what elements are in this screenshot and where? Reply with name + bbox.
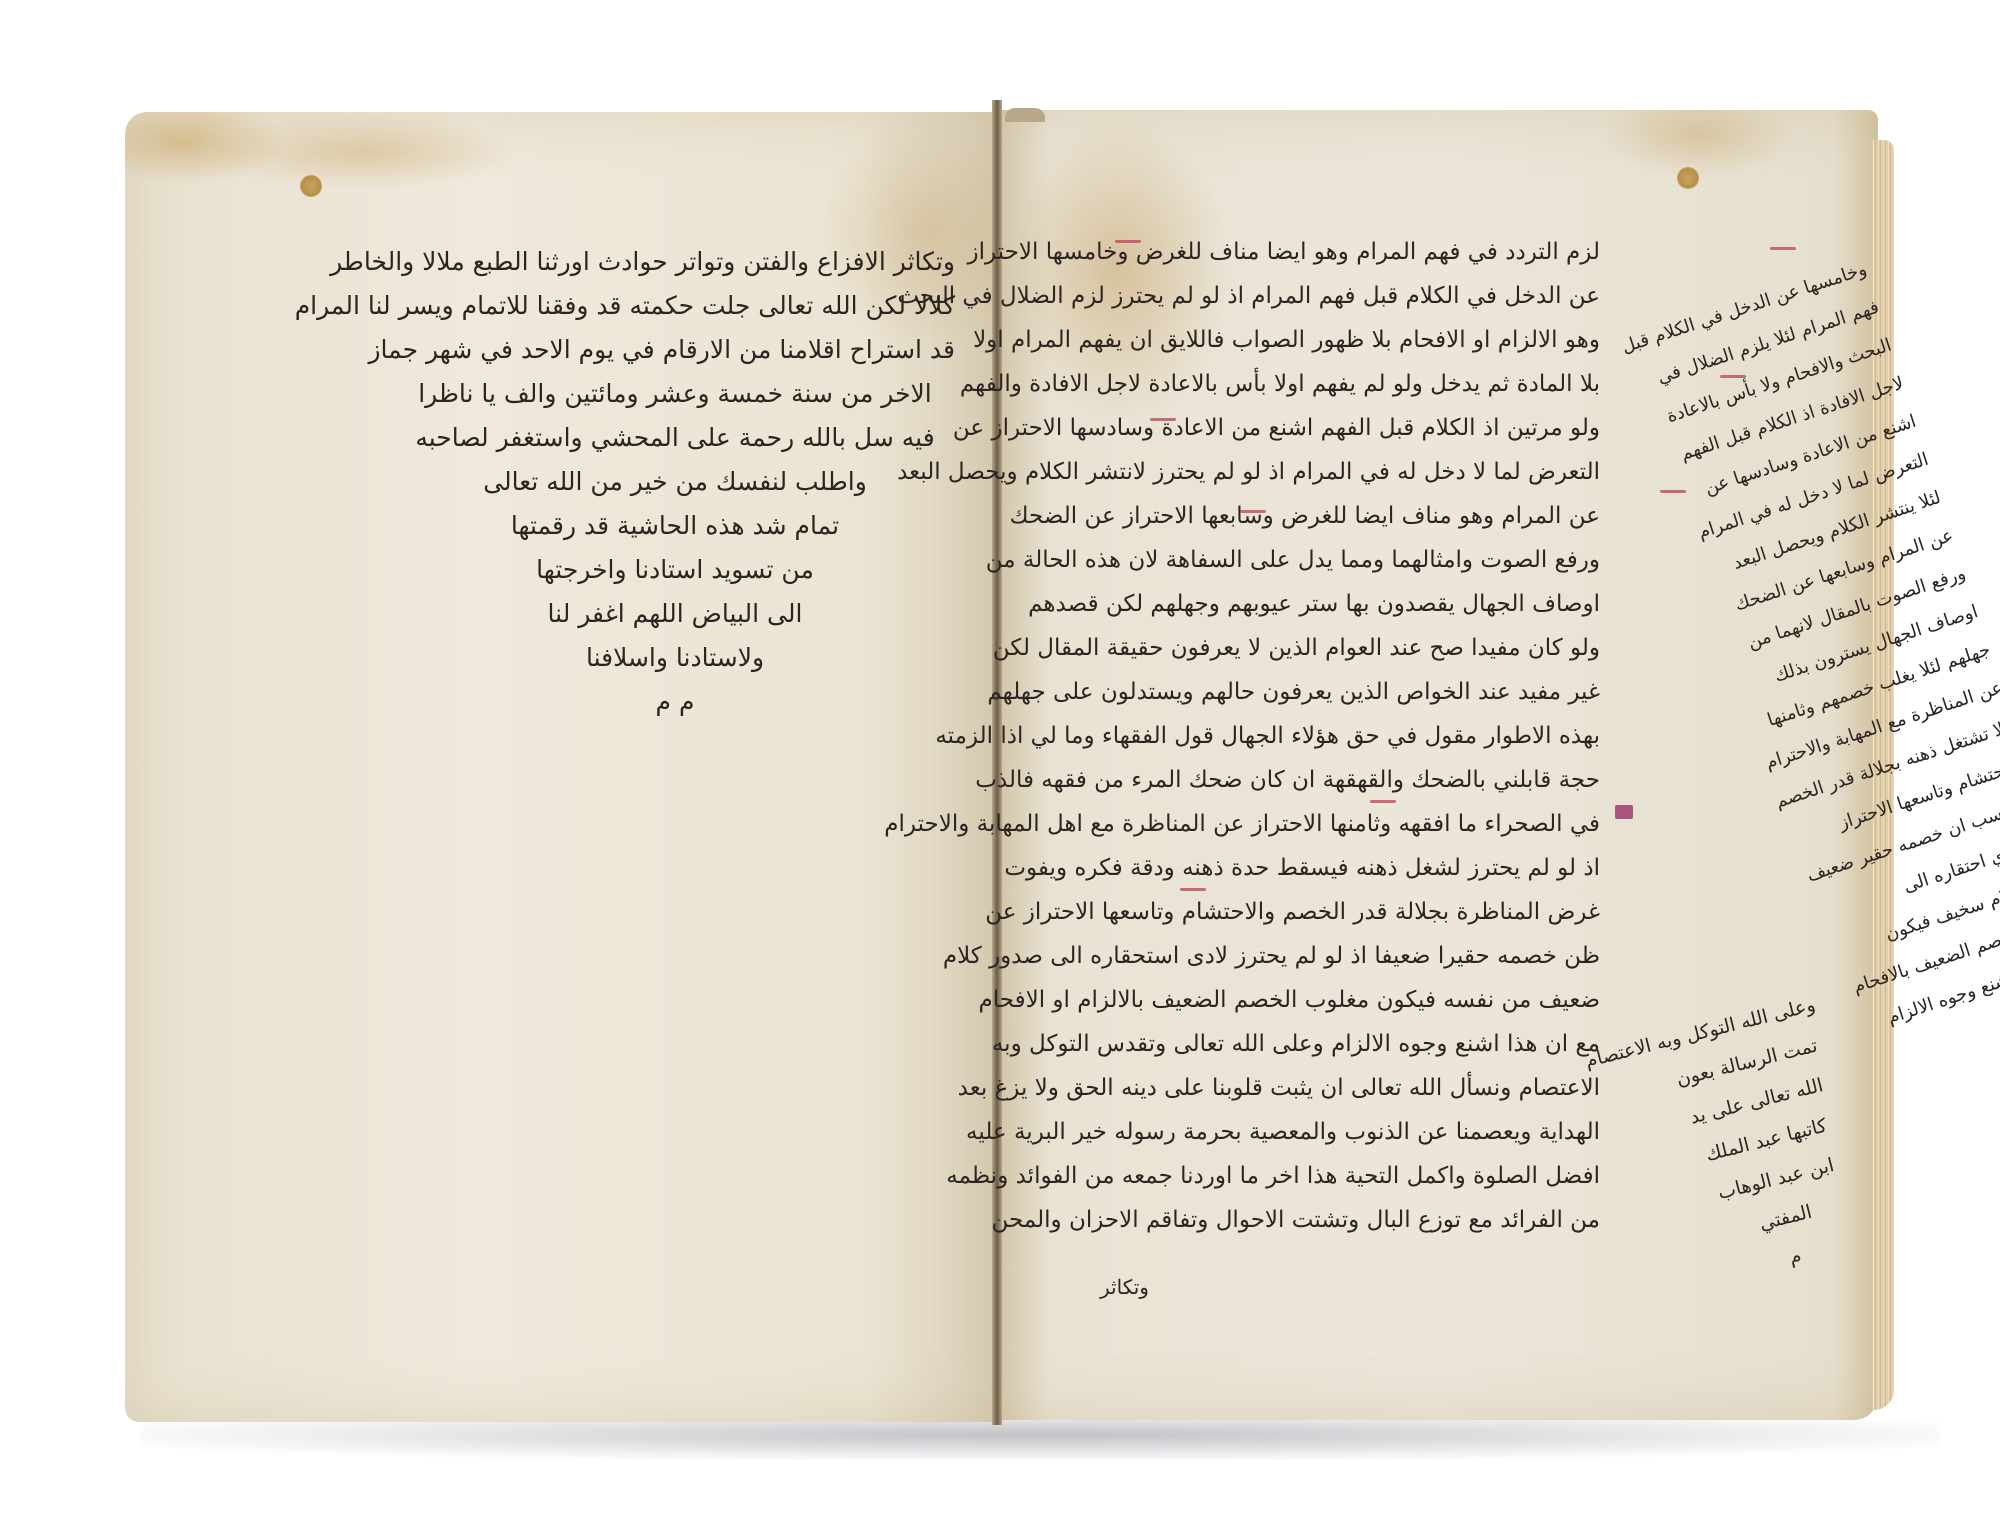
rubrication-mark	[1370, 800, 1396, 803]
left-colophon: وتكاثر الافزاع والفتن وتواتر حوادث اورثن…	[395, 240, 955, 724]
text-line: من الفرائد مع توزع البال وتشتت الاحوال و…	[1060, 1198, 1600, 1242]
text-line: بهذه الاطوار مقول في حق هؤلاء الجهال قول…	[1060, 714, 1600, 758]
text-line: التعرض لما لا دخل له في المرام اذ لو لم …	[1060, 450, 1600, 494]
text-line: غرض المناظرة بجلالة قدر الخصم والاحتشام …	[1060, 890, 1600, 934]
open-manuscript: وتكاثر الافزاع والفتن وتواتر حوادث اورثن…	[0, 0, 2000, 1535]
spine-headband	[1005, 108, 1045, 122]
rubrication-mark	[1115, 240, 1141, 243]
text-line: لزم التردد في فهم المرام وهو ايضا مناف ل…	[1060, 230, 1600, 274]
text-line: في الصحراء ما افقهه وثامنها الاحتراز عن …	[1060, 802, 1600, 846]
colophon-line: قد استراح اقلامنا من الارقام في يوم الاح…	[395, 328, 955, 372]
colophon-line: الى البياض اللهم اغفر لنا	[395, 592, 955, 636]
text-line: ورفع الصوت وامثالهما ومما يدل على السفاه…	[1060, 538, 1600, 582]
right-main-text: لزم التردد في فهم المرام وهو ايضا مناف ل…	[1060, 230, 1600, 1242]
text-line: ضعيف من نفسه فيكون مغلوب الخصم الضعيف با…	[1060, 978, 1600, 1022]
catchword: وتكاثر	[1100, 1275, 1149, 1299]
rubrication-mark	[1770, 247, 1796, 250]
colophon-line: من تسويد استادنا واخرجتها	[395, 548, 955, 592]
text-line: اذ لو لم يحترز لشغل ذهنه فيسقط حدة ذهنه …	[1060, 846, 1600, 890]
rubrication-mark	[1180, 888, 1206, 891]
colophon-line: فيه سل بالله رحمة على المحشي واستغفر لصا…	[395, 416, 955, 460]
text-line: حجة قابلني بالضحك والقهقهة ان كان ضحك ال…	[1060, 758, 1600, 802]
text-line: بلا المادة ثم يدخل ولو لم يفهم اولا بأس …	[1060, 362, 1600, 406]
text-line: ولو مرتين اذ الكلام قبل الفهم اشنع من ال…	[1060, 406, 1600, 450]
foxing-stain-right	[1677, 167, 1699, 189]
colophon-line: وتكاثر الافزاع والفتن وتواتر حوادث اورثن…	[395, 240, 955, 284]
rubrication-mark	[1150, 418, 1176, 421]
text-line: الهداية ويعصمنا عن الذنوب والمعصية بحرمة…	[1060, 1110, 1600, 1154]
text-line: مع ان هذا اشنع وجوه الالزام وعلى الله تع…	[1060, 1022, 1600, 1066]
rubrication-mark	[1720, 375, 1746, 378]
text-line: افضل الصلوة واكمل التحية هذا اخر ما اورد…	[1060, 1154, 1600, 1198]
rubrication-mark	[1660, 490, 1686, 493]
text-line: عن المرام وهو مناف ايضا للغرض وسابعها ال…	[1060, 494, 1600, 538]
colophon-line: واطلب لنفسك من خير من الله تعالى	[395, 460, 955, 504]
rubrication-mark	[1615, 805, 1633, 819]
foxing-stain-left	[300, 175, 322, 197]
text-line: عن الدخل في الكلام قبل فهم المرام اذ لو …	[1060, 274, 1600, 318]
colophon-line: ولاستادنا واسلافنا	[395, 636, 955, 680]
colophon-line: م م	[395, 680, 955, 724]
text-line: اوصاف الجهال يقصدون بها ستر عيوبهم وجهله…	[1060, 582, 1600, 626]
text-line: ولو كان مفيدا صح عند العوام الذين لا يعر…	[1060, 626, 1600, 670]
colophon-line: كلالا لكن الله تعالى جلت حكمته قد وفقنا …	[395, 284, 955, 328]
text-line: الاعتصام ونسأل الله تعالى ان يثبت قلوبنا…	[1060, 1066, 1600, 1110]
text-line: غير مفيد عند الخواص الذين يعرفون حالهم و…	[1060, 670, 1600, 714]
colophon-line: تمام شد هذه الحاشية قد رقمتها	[395, 504, 955, 548]
text-line: ظن خصمه حقيرا ضعيفا اذ لو لم يحترز لادى …	[1060, 934, 1600, 978]
text-line: وهو الالزام او الافحام بلا ظهور الصواب ف…	[1060, 318, 1600, 362]
rubrication-mark	[1240, 510, 1266, 513]
colophon-line: الاخر من سنة خمسة وعشر ومائتين والف يا ن…	[395, 372, 955, 416]
